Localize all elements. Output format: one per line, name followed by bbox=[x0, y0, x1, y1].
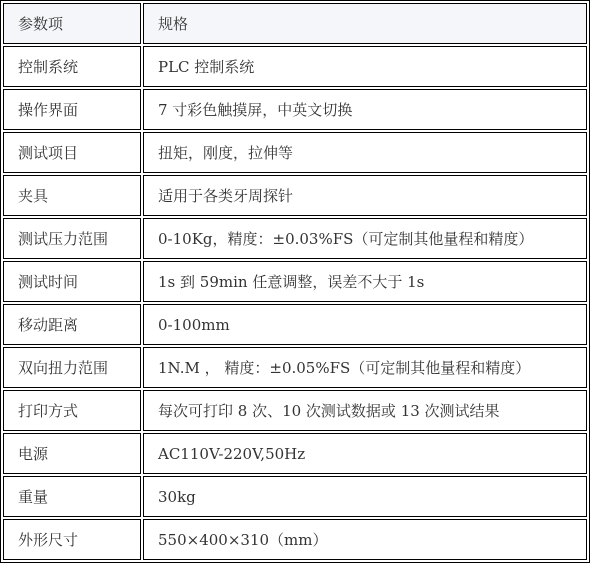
table-row: 夹具 适用于各类牙周探针 bbox=[3, 175, 587, 216]
table-row: 移动距离 0-100mm bbox=[3, 304, 587, 345]
param-cell: 测试压力范围 bbox=[3, 218, 141, 259]
spec-cell: 扭矩，刚度，拉伸等 bbox=[143, 132, 587, 173]
spec-cell: 1s 到 59min 任意调整，误差不大于 1s bbox=[143, 261, 587, 302]
table-row: 测试项目 扭矩，刚度，拉伸等 bbox=[3, 132, 587, 173]
param-cell: 操作界面 bbox=[3, 89, 141, 130]
table-row: 控制系统 PLC 控制系统 bbox=[3, 46, 587, 87]
param-cell: 电源 bbox=[3, 433, 141, 474]
spec-table: 参数项 规格 控制系统 PLC 控制系统 操作界面 7 寸彩色触摸屏，中英文切换… bbox=[0, 0, 590, 563]
spec-cell: 每次可打印 8 次、10 次测试数据或 13 次测试结果 bbox=[143, 390, 587, 431]
spec-cell: 1N.M ， 精度：±0.05%FS（可定制其他量程和精度） bbox=[143, 347, 587, 388]
table-row: 操作界面 7 寸彩色触摸屏，中英文切换 bbox=[3, 89, 587, 130]
param-cell: 夹具 bbox=[3, 175, 141, 216]
param-cell: 移动距离 bbox=[3, 304, 141, 345]
table-row: 测试时间 1s 到 59min 任意调整，误差不大于 1s bbox=[3, 261, 587, 302]
spec-cell: 30kg bbox=[143, 476, 587, 517]
spec-cell: PLC 控制系统 bbox=[143, 46, 587, 87]
param-cell: 测试项目 bbox=[3, 132, 141, 173]
param-cell: 控制系统 bbox=[3, 46, 141, 87]
table-row: 双向扭力范围 1N.M ， 精度：±0.05%FS（可定制其他量程和精度） bbox=[3, 347, 587, 388]
table-row: 电源 AC110V-220V,50Hz bbox=[3, 433, 587, 474]
table-row: 外形尺寸 550×400×310（mm） bbox=[3, 519, 587, 560]
spec-cell: AC110V-220V,50Hz bbox=[143, 433, 587, 474]
param-cell: 外形尺寸 bbox=[3, 519, 141, 560]
spec-cell: 0-10Kg，精度：±0.03%FS（可定制其他量程和精度） bbox=[143, 218, 587, 259]
param-cell: 重量 bbox=[3, 476, 141, 517]
header-spec-cell: 规格 bbox=[143, 3, 587, 44]
header-param-cell: 参数项 bbox=[3, 3, 141, 44]
table-header-row: 参数项 规格 bbox=[3, 3, 587, 44]
table-row: 打印方式 每次可打印 8 次、10 次测试数据或 13 次测试结果 bbox=[3, 390, 587, 431]
param-cell: 打印方式 bbox=[3, 390, 141, 431]
spec-cell: 550×400×310（mm） bbox=[143, 519, 587, 560]
param-cell: 测试时间 bbox=[3, 261, 141, 302]
spec-cell: 适用于各类牙周探针 bbox=[143, 175, 587, 216]
spec-cell: 7 寸彩色触摸屏，中英文切换 bbox=[143, 89, 587, 130]
spec-cell: 0-100mm bbox=[143, 304, 587, 345]
table-row: 测试压力范围 0-10Kg，精度：±0.03%FS（可定制其他量程和精度） bbox=[3, 218, 587, 259]
table-row: 重量 30kg bbox=[3, 476, 587, 517]
param-cell: 双向扭力范围 bbox=[3, 347, 141, 388]
